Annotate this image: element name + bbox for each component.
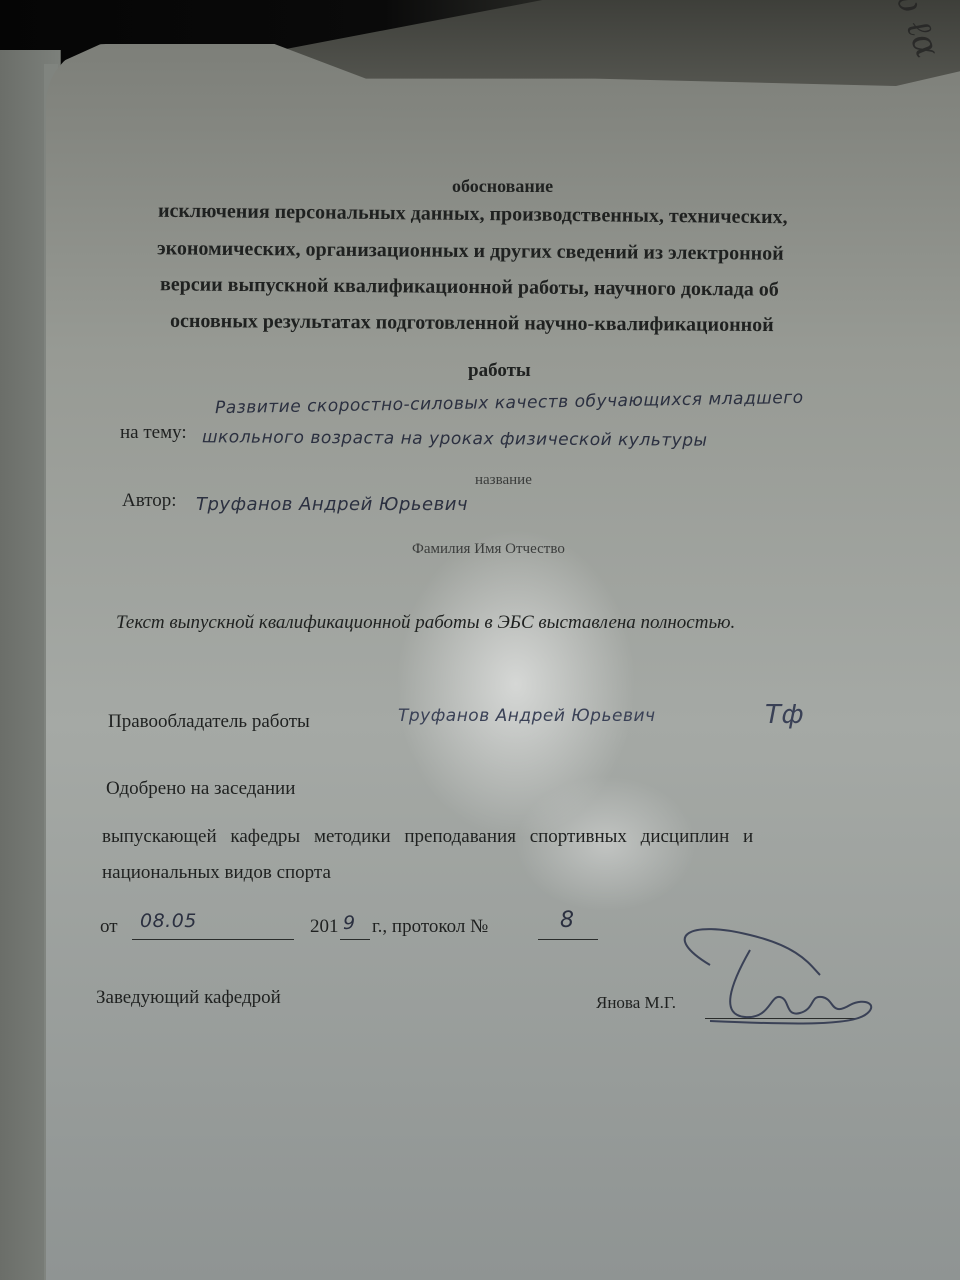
topic-caption: название: [475, 472, 532, 489]
rights-holder-label: Правообладатель работы: [108, 711, 310, 733]
protocol-year-suffix: г., протокол №: [372, 916, 488, 938]
date-underline: [132, 939, 294, 940]
topic-label: на тему:: [120, 422, 187, 444]
heading-line-6: работы: [468, 360, 531, 382]
author-caption: Фамилия Имя Отчество: [412, 541, 565, 558]
protocol-year-digit-handwritten: 9: [343, 912, 356, 934]
head-signature-icon: [650, 925, 890, 1045]
approval-line-2: выпускающей кафедры методики преподавани…: [102, 826, 753, 848]
heading-line-5: основных результатах подготовленной науч…: [170, 310, 774, 337]
head-of-department-label: Заведующий кафедрой: [96, 987, 281, 1009]
topic-handwritten-line-2: школьного возраста на уроках физической …: [202, 427, 708, 451]
rights-holder-signature: Тф: [765, 700, 804, 730]
approval-line-3: национальных видов спорта: [102, 862, 331, 884]
protocol-prefix: от: [100, 916, 118, 938]
protocol-number-handwritten: 8: [560, 908, 575, 933]
protocol-year-prefix: 201: [310, 916, 339, 938]
protocol-date-handwritten: 08.05: [140, 910, 197, 932]
document-page: [46, 44, 960, 1280]
rights-holder-handwritten-name: Труфанов Андрей Юрьевич: [398, 706, 656, 726]
heading-line-1: обоснование: [452, 176, 553, 197]
author-label: Автор:: [122, 490, 177, 512]
approval-line-1: Одобрено на заседании: [106, 778, 295, 800]
ebs-statement: Текст выпускной квалификационной работы …: [116, 612, 735, 634]
author-handwritten-name: Труфанов Андрей Юрьевич: [196, 494, 468, 515]
year-underline: [340, 939, 370, 940]
protocol-number-underline: [538, 939, 598, 940]
